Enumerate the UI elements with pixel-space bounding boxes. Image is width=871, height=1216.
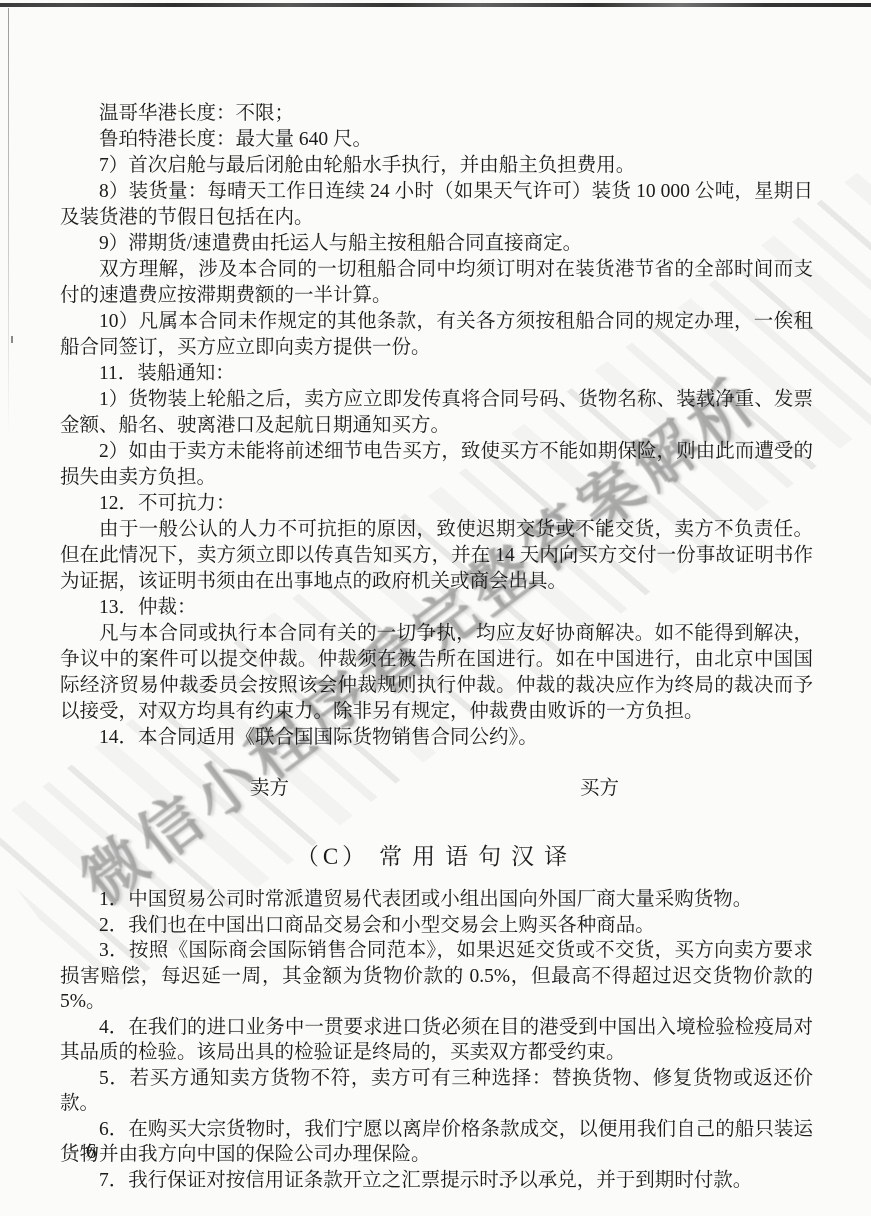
scan-edge-left-line (8, 8, 9, 438)
scanned-document-page: 微信小程序看完整答案解析 温哥华港长度：不限； 鲁珀特港长度：最大量 640 尺… (0, 0, 871, 1216)
buyer-signature-label: 买方 (580, 776, 619, 802)
exercise-item: 1．中国贸易公司时常派遣贸易代表团或小组出国向外国厂商大量采购货物。 (60, 887, 813, 913)
exercise-item: 6．在购买大宗货物时，我们宁愿以离岸价格条款成交，以便用我们自己的船只装运货物并… (60, 1117, 813, 1168)
section-c-items: 1．中国贸易公司时常派遣贸易代表团或小组出国向外国厂商大量采购货物。 2．我们也… (60, 887, 813, 1193)
seller-signature-label: 卖方 (250, 776, 289, 802)
clause-line: 由于一般公认的人力不可抗拒的原因，致使迟期交货或不能交货，卖方不负责任。但在此情… (60, 517, 813, 595)
clause-line: 14．本合同适用《联合国国际货物销售合同公约》。 (60, 725, 813, 751)
exercise-item: 4．在我们的进口业务中一贯要求进口货必须在目的港受到中国出入境检验检疫局对其品质… (60, 1015, 813, 1066)
section-c-heading-prefix: （C） (296, 844, 369, 869)
scan-edge-top-rule (0, 3, 871, 7)
exercise-item: 5．若买方通知卖方货物不符，卖方可有三种选择：替换货物、修复货物或返还价款。 (60, 1066, 813, 1117)
page-number: 6 (86, 1139, 97, 1164)
clause-heading: 12．不可抗力： (60, 491, 813, 517)
clause-line: 7）首次启舱与最后闭舱由轮船水手执行，并由船主负担费用。 (60, 153, 813, 179)
exercise-item: 3．按照《国际商会国际销售合同范本》，如果迟延交货或不交货，买方向卖方要求损害赔… (60, 938, 813, 1015)
clause-heading: 11．装船通知： (60, 361, 813, 387)
exercise-item: 7．我行保证对按信用证条款开立之汇票提示时予以承兑，并于到期时付款。 (60, 1168, 813, 1194)
scan-speck (11, 336, 13, 343)
section-c-heading: （C）常用语句汉译 (60, 842, 813, 872)
document-body: 温哥华港长度：不限； 鲁珀特港长度：最大量 640 尺。 7）首次启舱与最后闭舱… (60, 101, 813, 1193)
section-c-heading-title: 常用语句汉译 (379, 844, 577, 869)
exercise-item: 2．我们也在中国出口商品交易会和小型交易会上购买各种商品。 (60, 913, 813, 939)
clause-line: 8）装货量：每晴天工作日连续 24 小时（如果天气许可）装货 10 000 公吨… (60, 179, 813, 231)
clause-line: 双方理解，涉及本合同的一切租船合同中均须订明对在装货港节省的全部时间而支付的速遣… (60, 257, 813, 309)
clause-line: 鲁珀特港长度：最大量 640 尺。 (60, 127, 813, 153)
clause-heading: 13．仲裁： (60, 595, 813, 621)
clause-line: 10）凡属本合同未作规定的其他条款，有关各方须按租船合同的规定办理，一俟租船合同… (60, 309, 813, 361)
clause-line: 1）货物装上轮船之后，卖方应立即发传真将合同号码、货物名称、装载净重、发票金额、… (60, 387, 813, 439)
signature-row: 卖方 买方 (60, 776, 813, 802)
clause-line: 9）滞期货/速遣费由托运人与船主按租船合同直接商定。 (60, 231, 813, 257)
clause-line: 凡与本合同或执行本合同有关的一切争执，均应友好协商解决。如不能得到解决，争议中的… (60, 621, 813, 725)
clause-line: 2）如由于卖方未能将前述细节电告买方，致使买方不能如期保险，则由此而遭受的损失由… (60, 439, 813, 491)
clause-line: 温哥华港长度：不限； (60, 101, 813, 127)
